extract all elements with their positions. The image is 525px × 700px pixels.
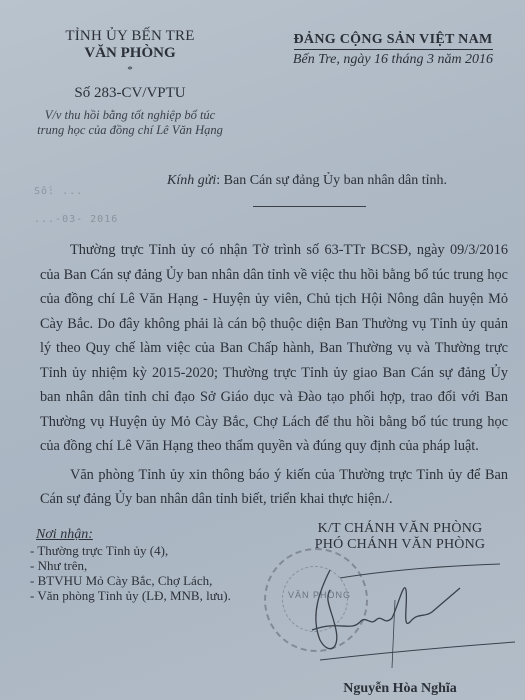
party-name: ĐẢNG CỘNG SẢN VIỆT NAM [294,32,493,50]
received-stamp-date: ...-03- 2016 [34,214,118,225]
issuing-office-header: TỈNH ỦY BẾN TRE VĂN PHÒNG * Số 283-CV/VP… [20,28,240,138]
subject-line-2: trung học của đồng chí Lê Văn Hạng [20,123,240,138]
organization-name: TỈNH ỦY BẾN TRE [20,28,240,45]
subject-line-1: V/v thu hồi bằng tốt nghiệp bổ túc [20,108,240,123]
greeting-label: Kính gửi [167,173,216,188]
signatory-title-2: PHÓ CHÁNH VĂN PHÒNG [300,537,500,553]
recipients-list: Nơi nhận: - Thường trực Tỉnh ủy (4), - N… [30,526,231,603]
letter-body: Thường trực Tỉnh ủy có nhận Tờ trình số … [40,238,508,512]
signatory-title-1: K/T CHÁNH VĂN PHÒNG [300,521,500,537]
document-number: Số 283-CV/VPTU [20,84,240,102]
recipient-item: - Như trên, [30,558,231,573]
recipient-item: - BTVHU Mỏ Cày Bắc, Chợ Lách, [30,573,231,588]
document-subject: V/v thu hồi bằng tốt nghiệp bổ túc trung… [20,108,240,138]
greeting: Kính gửi: Ban Cán sự đảng Ủy ban nhân dâ… [167,172,447,189]
body-paragraph-1: Thường trực Tỉnh ủy có nhận Tờ trình số … [40,238,508,459]
signature-block: K/T CHÁNH VĂN PHÒNG PHÓ CHÁNH VĂN PHÒNG … [300,521,500,697]
office-name: VĂN PHÒNG [20,45,240,62]
document-date: Bến Tre, ngày 16 tháng 3 năm 2016 [268,51,518,68]
recipient-item: - Văn phòng Tỉnh ủy (LĐ, MNB, lưu). [30,588,231,603]
received-stamp-number: Số: ... [34,186,83,197]
greeting-divider [253,206,366,207]
greeting-recipient: : Ban Cán sự đảng Ủy ban nhân dân tỉnh. [216,173,447,188]
recipient-item: - Thường trực Tỉnh ủy (4), [30,543,231,558]
signatory-name: Nguyễn Hòa Nghĩa [300,681,500,697]
body-paragraph-2: Văn phòng Tỉnh ủy xin thông báo ý kiến c… [40,463,508,512]
star-separator: * [20,64,240,76]
party-header: ĐẢNG CỘNG SẢN VIỆT NAM Bến Tre, ngày 16 … [268,30,518,68]
recipients-title: Nơi nhận: [36,526,231,543]
